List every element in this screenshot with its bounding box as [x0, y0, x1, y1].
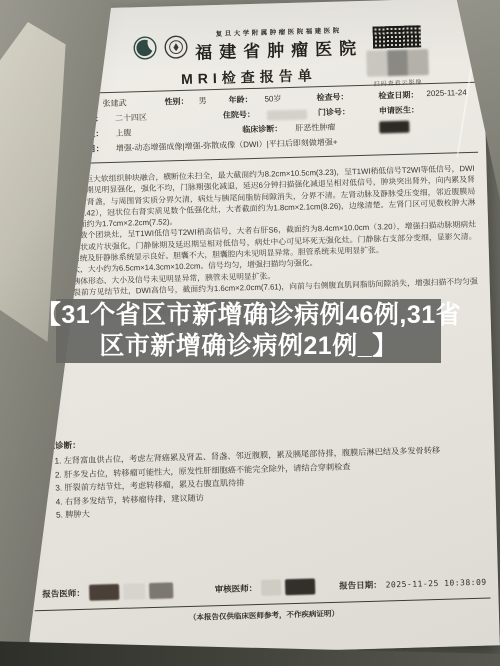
age-value: 50岁 [264, 93, 281, 104]
req-doctor-label: 申请医生： [379, 104, 419, 116]
redacted-signature [89, 584, 119, 601]
qr-code-icon [373, 25, 422, 48]
hospital-name: 福建省肿瘤医院 [195, 34, 364, 64]
diagnosis-section: 影像诊断： 1. 左肾富血供占位，考虑左肾癌累及肾盂、肾盏、邻近腹膜，累及胰尾部… [38, 428, 484, 523]
headline-line-1: 【31个省区市新增确诊病例46例,31省 [36, 300, 461, 331]
report-doctor-label: 报告医师： [42, 587, 85, 600]
clinical-dx-label: 临床诊断： [242, 123, 282, 135]
headline-line-2: 区市新增确诊病例21例_】 [99, 331, 397, 362]
redacted-inpatient-no [267, 109, 307, 120]
exam-date-label: 检查日期： [378, 89, 418, 101]
redaction-segment [366, 50, 387, 77]
dept-value: 二十四区 [115, 112, 147, 124]
region-value: 上腹 [115, 127, 131, 138]
redacted-signature [261, 579, 281, 596]
findings-section: 影像所见： 左肾见两个巨大软组织肿块融合，横断位未扫全，最大截面约为8.2cm×… [30, 148, 478, 322]
headline-overlay: 【31个省区市新增确诊病例46例,31省 区市新增确诊病例21例_】 [56, 299, 441, 363]
disclaimer-text: （本报告仅供临床医师参考，不作疾病证明） [29, 603, 499, 627]
name-value: 张建武 [102, 98, 126, 110]
signature-row: 报告医师： 审核医师： 报告日期： 2025-11-25 10:38:09 [42, 574, 490, 603]
hospital-names: 复旦大学附属肿瘤医院福建医院 福建省肿瘤医院 [195, 25, 364, 64]
photo-background: 复旦大学附属肿瘤医院福建医院 福建省肿瘤医院 MRI检查报告单 扫码查看云影像 … [0, 0, 500, 666]
redacted-signature [123, 583, 145, 600]
report-footer: 报告医师： 审核医师： 报告日期： 2025-11-25 10:38:09 [42, 574, 490, 603]
inpatient-no-label: 住院号： [223, 109, 255, 121]
report-date-value: 2025-11-25 10:38:09 [386, 577, 487, 589]
clinical-dx-value: 肝恶性肿瘤 [295, 122, 335, 134]
round-seal-emblem-icon [164, 35, 189, 60]
redacted-patient-id [366, 49, 429, 77]
redacted-signature [285, 578, 315, 595]
exam-no-label: 检查号： [316, 91, 348, 103]
qr-block: 扫码查看云影像 [363, 25, 433, 88]
redacted-signature [149, 582, 173, 599]
redaction-segment [387, 50, 408, 77]
sex-label: 性别： [164, 96, 188, 108]
report-date-label: 报告日期： [339, 579, 382, 592]
redacted-req-doctor [379, 121, 409, 134]
crescent-emblem-icon [133, 36, 158, 61]
age-label: 年龄： [228, 94, 252, 106]
redaction-segment [408, 49, 429, 76]
sex-value: 男 [198, 95, 206, 106]
exam-date-value: 2025-11-24 [426, 88, 467, 98]
review-doctor-label: 审核医师： [215, 582, 258, 595]
outpatient-no-label: 门诊号： [318, 106, 350, 118]
spacer [177, 589, 211, 590]
